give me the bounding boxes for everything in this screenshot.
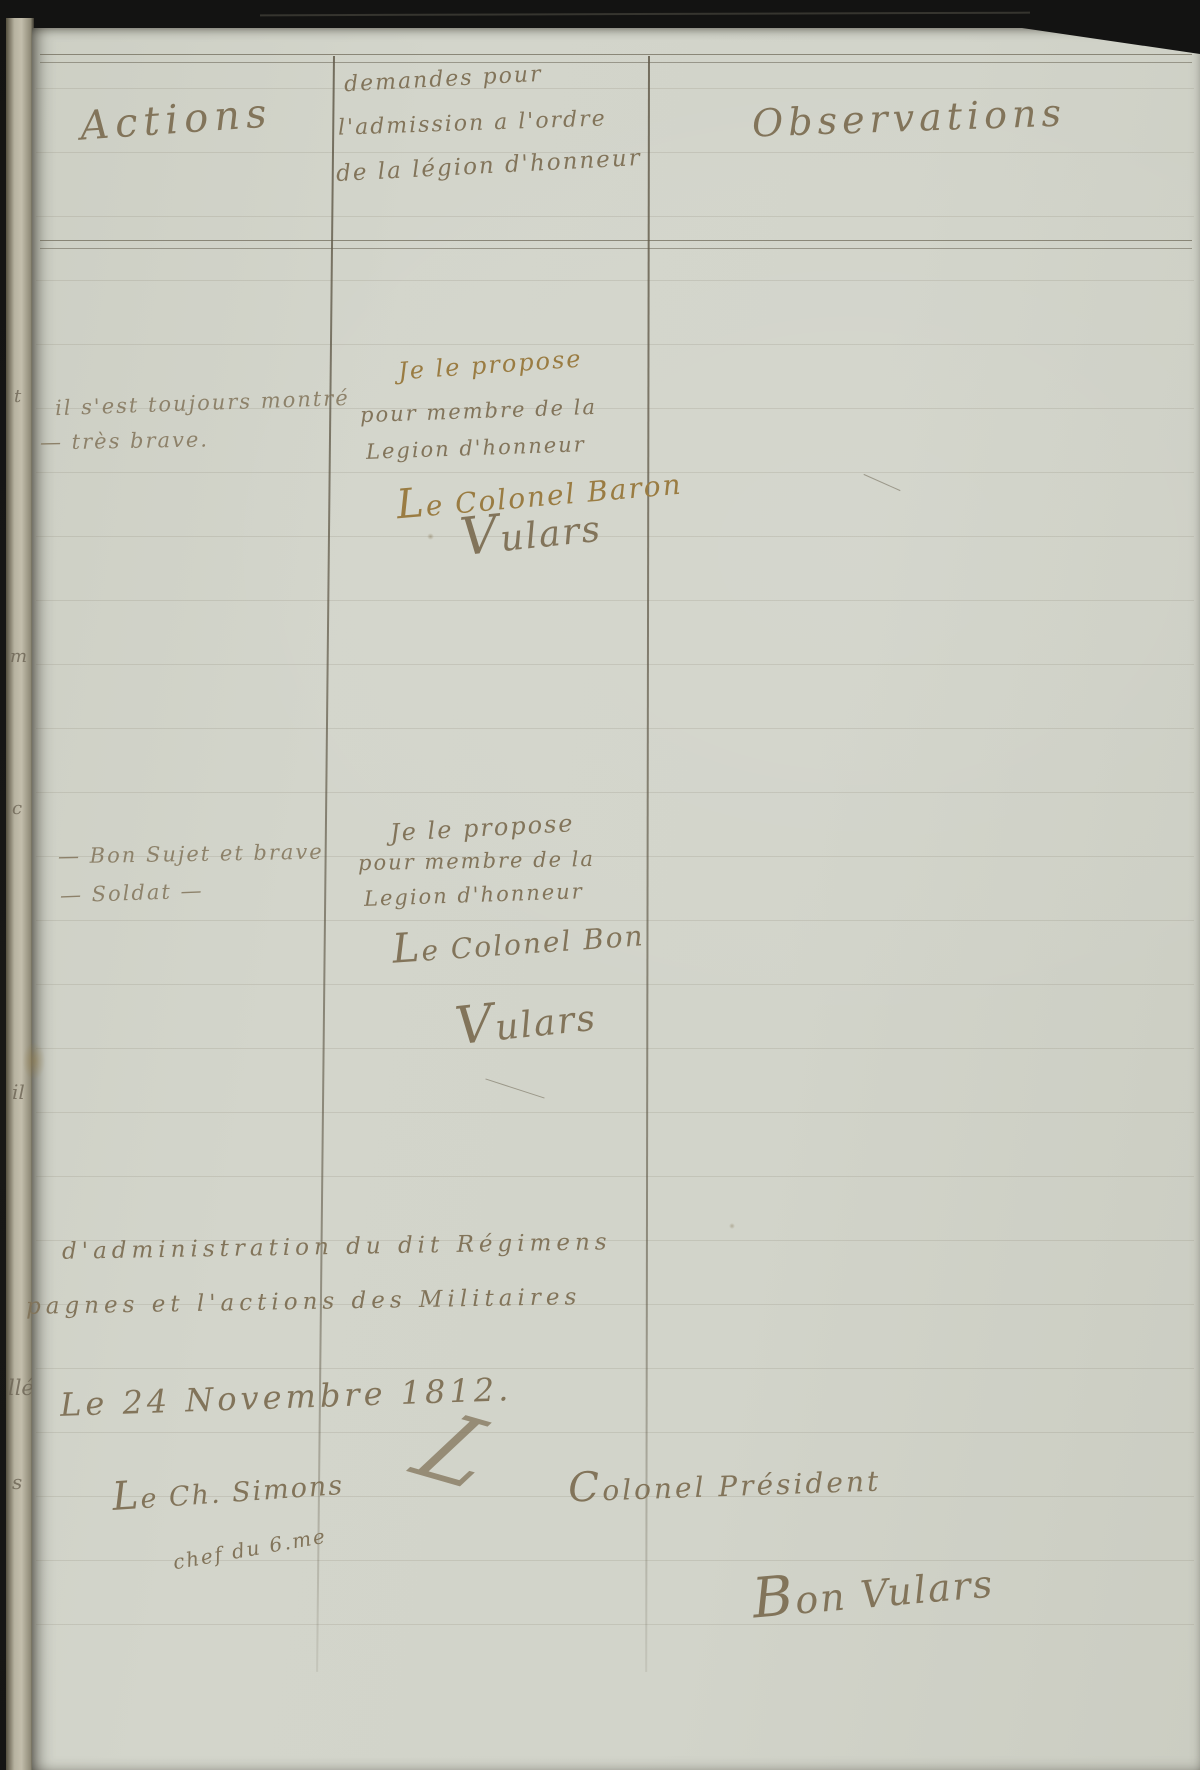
entry1-action-line2: — très brave. <box>40 429 209 455</box>
edge-fragment: s <box>12 1470 22 1494</box>
header-bottom-rule <box>40 240 1192 241</box>
back-sheet-edge <box>260 12 1030 17</box>
ruled-guide-lines <box>36 88 1194 1684</box>
paper-stain <box>728 1222 736 1230</box>
edge-fragment: m <box>10 646 27 667</box>
entry2-proposal-line2: pour membre de la <box>358 848 595 875</box>
edge-fragment: t <box>14 386 21 407</box>
edge-fragment: c <box>12 798 22 819</box>
scanned-register-photo: t m c il llé s Actions demandes pour l'a… <box>0 0 1200 1770</box>
table-top-rule <box>40 54 1192 55</box>
paper-stain <box>18 1035 50 1087</box>
header-bottom-rule <box>40 248 1192 249</box>
entry2-action-line1: — Bon Sujet et brave <box>58 841 324 869</box>
previous-page-edge: t m c il llé s <box>6 18 34 1770</box>
edge-fragment: llé <box>8 1376 34 1400</box>
table-top-rule <box>40 62 1192 63</box>
edge-fragment: il <box>12 1080 25 1104</box>
paper-stain <box>426 532 435 541</box>
